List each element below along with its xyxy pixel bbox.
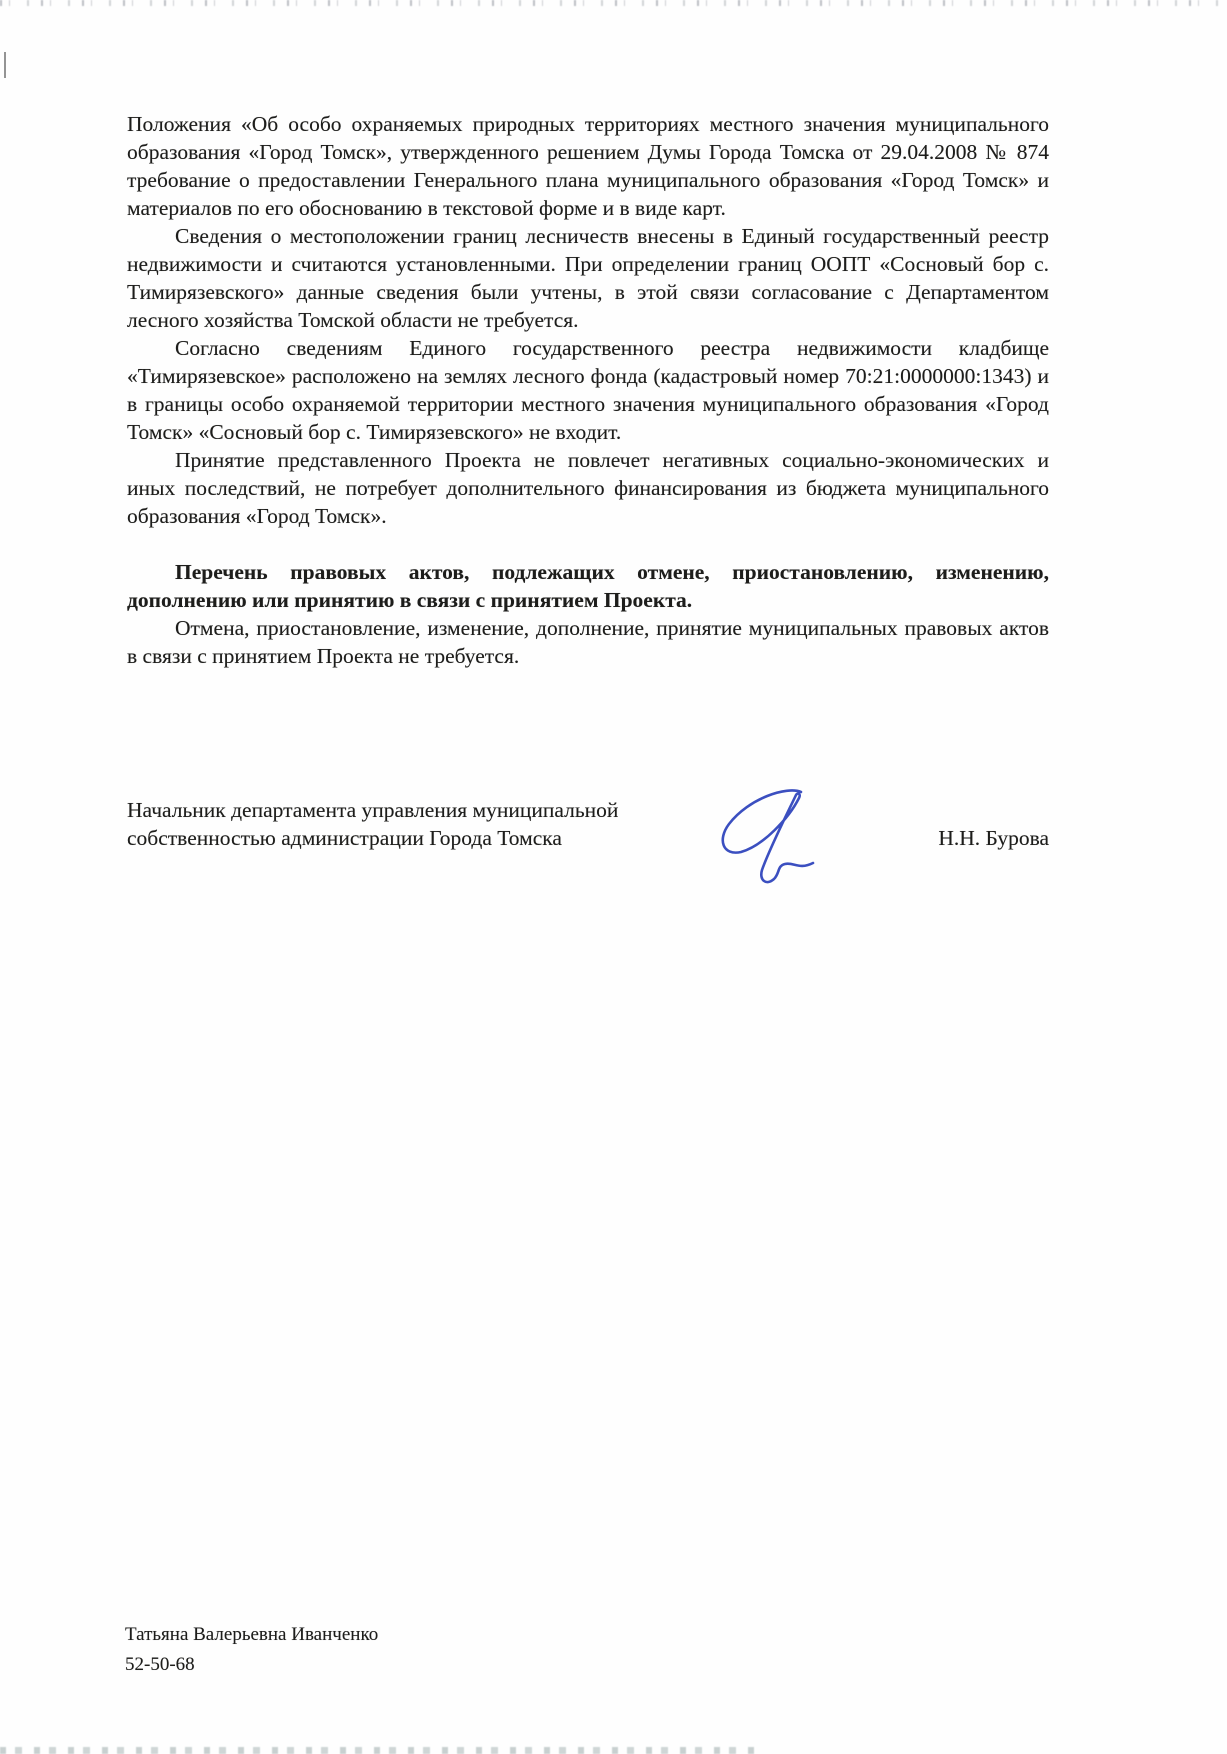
executor-contact: Татьяна Валерьевна Иванченко 52-50-68 xyxy=(125,1620,378,1680)
paragraph-regulation: Положения «Об особо охраняемых природных… xyxy=(127,110,1049,222)
paragraph-no-acts-required: Отмена, приостановление, изменение, допо… xyxy=(127,614,1049,670)
document-body: Положения «Об особо охраняемых природных… xyxy=(127,110,1049,670)
paragraph-forest-boundaries: Сведения о местоположении границ лесниче… xyxy=(127,222,1049,334)
paragraph-cemetery-cadastre: Согласно сведениям Единого государственн… xyxy=(127,334,1049,446)
paragraph-no-financing: Принятие представленного Проекта не повл… xyxy=(127,446,1049,530)
signer-position-title: Начальник департамента управления муници… xyxy=(127,796,1049,852)
signature-block: Начальник департамента управления муници… xyxy=(127,796,1049,852)
handwritten-signature xyxy=(705,784,837,890)
section-heading: Перечень правовых актов, подлежащих отме… xyxy=(127,558,1049,614)
scan-noise-top xyxy=(0,0,1227,6)
scanned-document-page: Положения «Об особо охраняемых природных… xyxy=(0,0,1227,1754)
scan-noise-bottom xyxy=(0,1747,761,1754)
scan-artifact-left xyxy=(4,52,6,78)
signer-name: Н.Н. Бурова xyxy=(938,824,1049,852)
